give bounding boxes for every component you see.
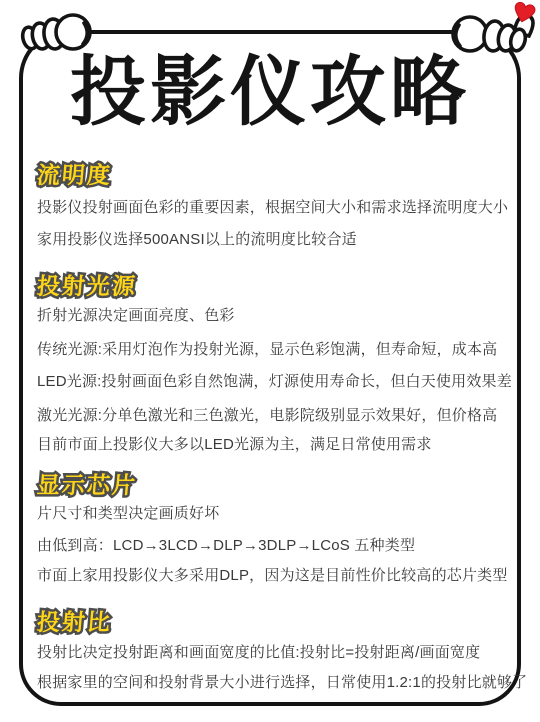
section-light-source-line: 传统光源:采用灯泡作为投射光源，显示色彩饱满，但寿命短，成本高 — [37, 340, 497, 359]
section-heading-display-chip: 显示芯片 — [36, 470, 139, 500]
section-light-source-line: LED光源:投射画面色彩自然饱满，灯源使用寿命长，但白天使用效果差 — [37, 372, 512, 391]
section-heading-throw-ratio: 投射比 — [36, 607, 114, 637]
section-display-chip-line: 片尺寸和类型决定画质好坏 — [37, 504, 219, 523]
section-throw-ratio-line: 根据家里的空间和投射背景大小进行选择，日常使用1.2:1的投射比就够了 — [37, 673, 527, 692]
poster-page: 投影仪攻略 流明度 投影仪投射画面色彩的重要因素，根据空间大小和需求选择流明度大… — [0, 0, 540, 722]
section-display-chip-line: 市面上家用投影仪大多采用DLP，因为这是目前性价比较高的芯片类型 — [37, 566, 508, 585]
section-light-source-line: 激光光源:分单色激光和三色激光，电影院级别显示效果好，但价格高 — [37, 406, 497, 425]
section-light-source-line: 目前市面上投影仪大多以LED光源为主，满足日常使用需求 — [37, 435, 432, 454]
section-heading-light-source: 投射光源 — [36, 271, 139, 301]
page-title: 投影仪攻略 — [0, 52, 540, 134]
section-light-source-line: 折射光源决定画面亮度、色彩 — [37, 306, 235, 325]
section-lumen-line: 家用投影仪选择500ANSI以上的流明度比较合适 — [37, 230, 357, 249]
section-display-chip-line: 由低到高：LCD→3LCD→DLP→3DLP→LCoS 五种类型 — [37, 536, 415, 555]
section-throw-ratio-line: 投射比决定投射距离和画面宽度的比值:投射比=投射距离/画面宽度 — [37, 643, 480, 662]
section-heading-lumen: 流明度 — [36, 160, 114, 190]
section-lumen-line: 投影仪投射画面色彩的重要因素，根据空间大小和需求选择流明度大小 — [37, 198, 508, 217]
